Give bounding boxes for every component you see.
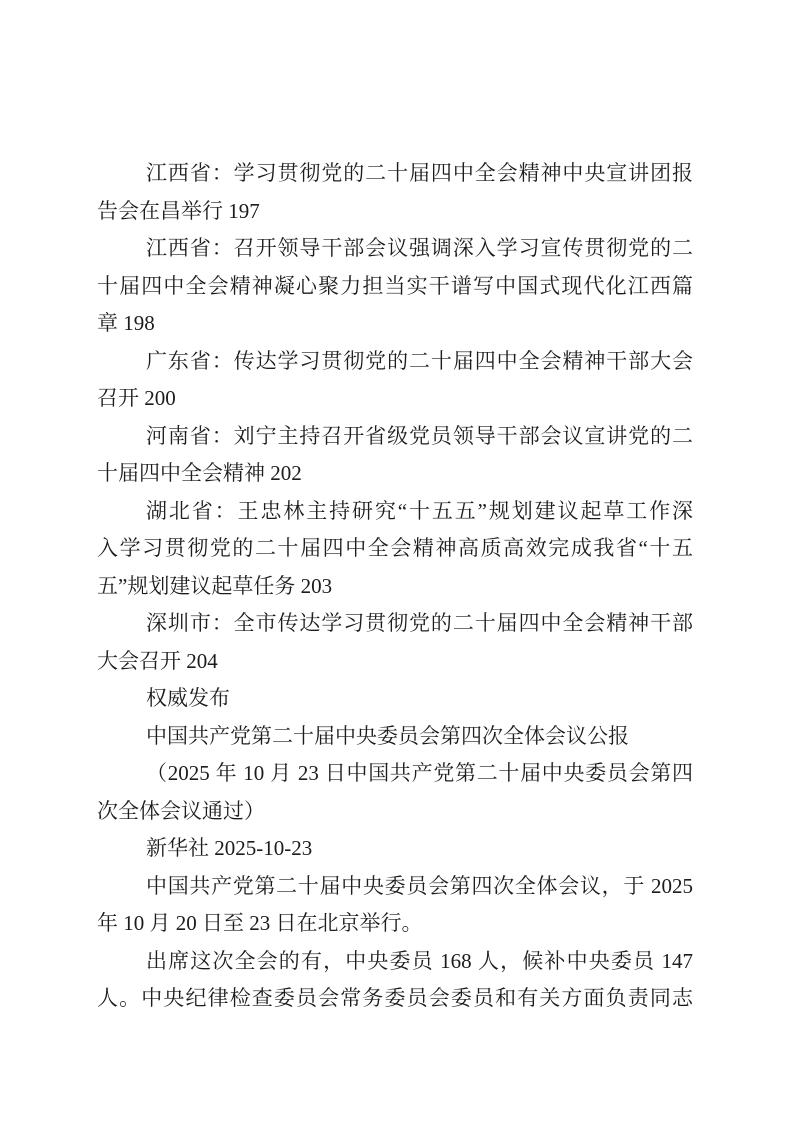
text-line: 广东省：传达学习贯彻党的二十届四中全会精神干部大会 [97, 343, 693, 381]
paragraph: 湖北省：王忠林主持研究“十五五”规划建议起草工作深入学习贯彻党的二十届四中全会精… [97, 493, 693, 606]
text-line: 出席这次全会的有，中央委员 168 人，候补中央委员 147 [97, 943, 693, 981]
text-line: 召开 200 [97, 380, 693, 418]
text-line: 次全体会议通过） [97, 793, 693, 831]
paragraph: 江西省：学习贯彻党的二十届四中全会精神中央宣讲团报告会在昌举行 197 [97, 155, 693, 230]
text-line: 人。中央纪律检查委员会常务委员会委员和有关方面负责同志 [97, 980, 693, 1018]
text-line: 告会在昌举行 197 [97, 193, 693, 231]
text-line: 年 10 月 20 日至 23 日在北京举行。 [97, 905, 693, 943]
paragraph: 中国共产党第二十届中央委员会第四次全体会议，于 2025年 10 月 20 日至… [97, 868, 693, 943]
paragraph: 河南省：刘宁主持召开省级党员领导干部会议宣讲党的二十届四中全会精神 202 [97, 418, 693, 493]
text-line: 中国共产党第二十届中央委员会第四次全体会议公报 [97, 718, 693, 756]
text-line: 新华社 2025-10-23 [97, 830, 693, 868]
document-content: 江西省：学习贯彻党的二十届四中全会精神中央宣讲团报告会在昌举行 197江西省：召… [97, 155, 693, 1018]
paragraph: 江西省：召开领导干部会议强调深入学习宣传贯彻党的二十届四中全会精神凝心聚力担当实… [97, 230, 693, 343]
text-line: （2025 年 10 月 23 日中国共产党第二十届中央委员会第四 [97, 755, 693, 793]
text-line: 江西省：召开领导干部会议强调深入学习宣传贯彻党的二 [97, 230, 693, 268]
paragraph: （2025 年 10 月 23 日中国共产党第二十届中央委员会第四次全体会议通过… [97, 755, 693, 830]
text-line: 十届四中全会精神凝心聚力担当实干谱写中国式现代化江西篇 [97, 268, 693, 306]
text-line: 入学习贯彻党的二十届四中全会精神高质高效完成我省“十五 [97, 530, 693, 568]
text-line: 江西省：学习贯彻党的二十届四中全会精神中央宣讲团报 [97, 155, 693, 193]
paragraph: 广东省：传达学习贯彻党的二十届四中全会精神干部大会召开 200 [97, 343, 693, 418]
text-line: 十届四中全会精神 202 [97, 455, 693, 493]
paragraph: 深圳市：全市传达学习贯彻党的二十届四中全会精神干部大会召开 204 [97, 605, 693, 680]
text-line: 章 198 [97, 305, 693, 343]
text-line: 中国共产党第二十届中央委员会第四次全体会议，于 2025 [97, 868, 693, 906]
document-page: 江西省：学习贯彻党的二十届四中全会精神中央宣讲团报告会在昌举行 197江西省：召… [0, 0, 793, 1122]
paragraph: 出席这次全会的有，中央委员 168 人，候补中央委员 147人。中央纪律检查委员… [97, 943, 693, 1018]
paragraph: 中国共产党第二十届中央委员会第四次全体会议公报 [97, 718, 693, 756]
text-line: 深圳市：全市传达学习贯彻党的二十届四中全会精神干部 [97, 605, 693, 643]
text-line: 河南省：刘宁主持召开省级党员领导干部会议宣讲党的二 [97, 418, 693, 456]
paragraph: 新华社 2025-10-23 [97, 830, 693, 868]
text-line: 大会召开 204 [97, 643, 693, 681]
text-line: 五”规划建议起草任务 203 [97, 568, 693, 606]
paragraph: 权威发布 [97, 680, 693, 718]
text-line: 湖北省：王忠林主持研究“十五五”规划建议起草工作深 [97, 493, 693, 531]
text-line: 权威发布 [97, 680, 693, 718]
